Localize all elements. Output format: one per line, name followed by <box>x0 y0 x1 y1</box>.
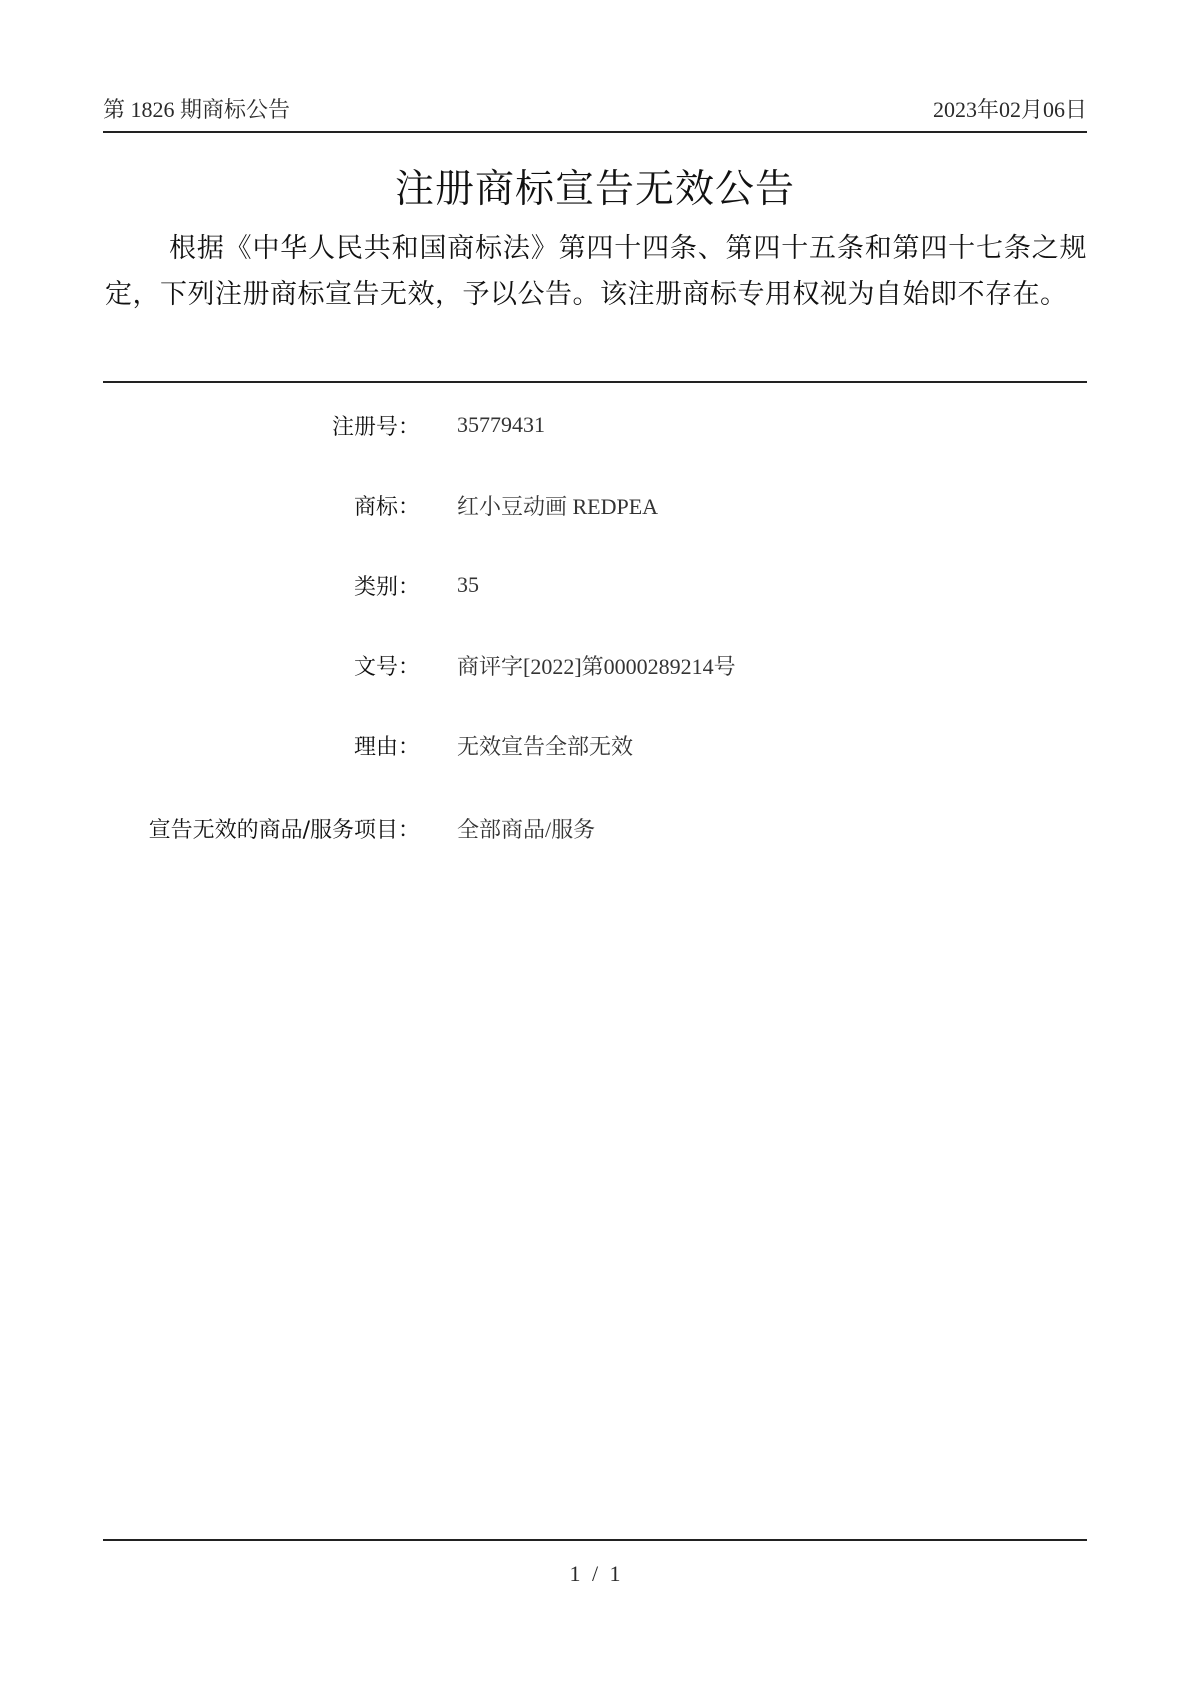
field-value: 35 <box>457 572 479 598</box>
field-value: 商评字[2022]第0000289214号 <box>457 650 736 681</box>
document-title: 注册商标宣告无效公告 <box>0 158 1190 214</box>
field-reason: 理由： 无效宣告全部无效 <box>0 725 1190 765</box>
field-document-number: 文号： 商评字[2022]第0000289214号 <box>0 645 1190 685</box>
page-number: 1 / 1 <box>0 1561 1190 1587</box>
field-value: 全部商品/服务 <box>457 813 595 844</box>
field-value: 红小豆动画 REDPEA <box>457 490 658 521</box>
issue-number: 第 1826 期商标公告 <box>103 93 290 124</box>
field-label: 商标： <box>0 490 420 521</box>
field-invalidated-goods-services: 宣告无效的商品/服务项目： 全部商品/服务 <box>0 808 1190 848</box>
publication-date: 2023年02月06日 <box>933 93 1087 124</box>
header-divider <box>103 131 1087 133</box>
field-label: 理由： <box>0 730 420 761</box>
field-registration-number: 注册号： 35779431 <box>0 405 1190 445</box>
field-class: 类别： 35 <box>0 565 1190 605</box>
page-header: 第 1826 期商标公告 2023年02月06日 <box>103 92 1087 124</box>
field-value: 无效宣告全部无效 <box>457 730 633 761</box>
field-label: 文号： <box>0 650 420 681</box>
footer-divider <box>103 1539 1087 1541</box>
intro-divider <box>103 381 1087 383</box>
field-label: 类别： <box>0 570 420 601</box>
field-value: 35779431 <box>457 412 545 438</box>
intro-paragraph: 根据《中华人民共和国商标法》第四十四条、第四十五条和第四十七条之规定，下列注册商… <box>105 226 1087 318</box>
field-label: 宣告无效的商品/服务项目： <box>0 813 420 844</box>
field-label: 注册号： <box>0 410 420 441</box>
field-trademark: 商标： 红小豆动画 REDPEA <box>0 485 1190 525</box>
